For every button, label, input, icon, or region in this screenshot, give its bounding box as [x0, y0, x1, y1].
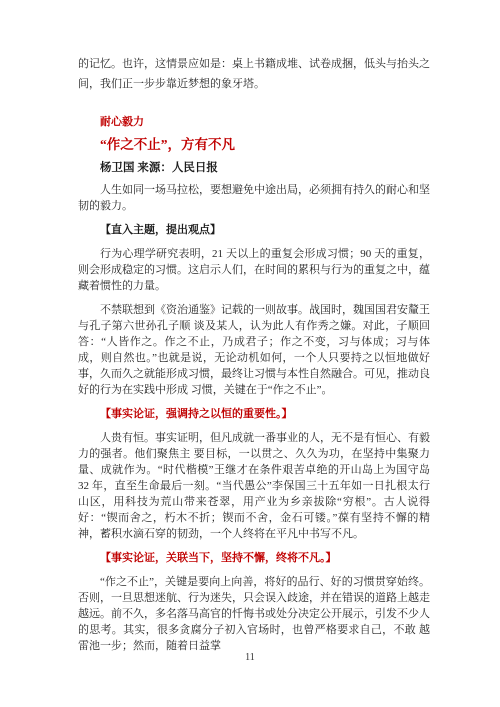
paragraph-opening: 人生如同一场马拉松，要想避免中途出局，必须拥有持久的耐心和坚韧的毅力。	[78, 182, 430, 214]
paragraph-perseverance: 人贵有恒。事实证明，但凡成就一番事业的人，无不是有恒心、有毅力的强者。他们聚焦主…	[78, 430, 430, 542]
annotation-topic: 【直入主题，提出观点】	[78, 222, 430, 238]
section-label: 耐心毅力	[78, 114, 430, 130]
paragraph-final: “作之不止”，关键是要向上向善，将好的品行、好的习惯贯穿始终。否则，一旦思想迷航…	[78, 574, 430, 654]
article-title: “作之不止”，方有不凡	[78, 136, 430, 154]
paragraph-habit-research: 行为心理学研究表明，21 天以上的重复会形成习惯；90 天的重复，则会形成稳定的…	[78, 246, 430, 294]
document-content: 的记忆。也许，这情景应如是：桌上书籍成堆、试卷成捆，低头与抬头之间，我们正一步步…	[78, 54, 430, 662]
annotation-fact-argument-2: 【事实论证，关联当下，坚持不懈，终将不凡。】	[78, 550, 430, 566]
annotation-fact-argument-1: 【事实论证，强调持之以恒的重要性。】	[78, 406, 430, 422]
byline: 杨卫国 来源：人民日报	[78, 160, 430, 176]
paragraph-zizhitongjian-story: 不禁联想到《资治通鉴》记载的一则故事。战国时，魏国国君安釐王与孔子第六世孙孔子顺…	[78, 302, 430, 398]
intro-continuation-paragraph: 的记忆。也许，这情景应如是：桌上书籍成堆、试卷成捆，低头与抬头之间，我们正一步步…	[78, 54, 430, 94]
document-page: 的记忆。也许，这情景应如是：桌上书籍成堆、试卷成捆，低头与抬头之间，我们正一步步…	[0, 0, 500, 707]
page-number: 11	[0, 652, 500, 663]
